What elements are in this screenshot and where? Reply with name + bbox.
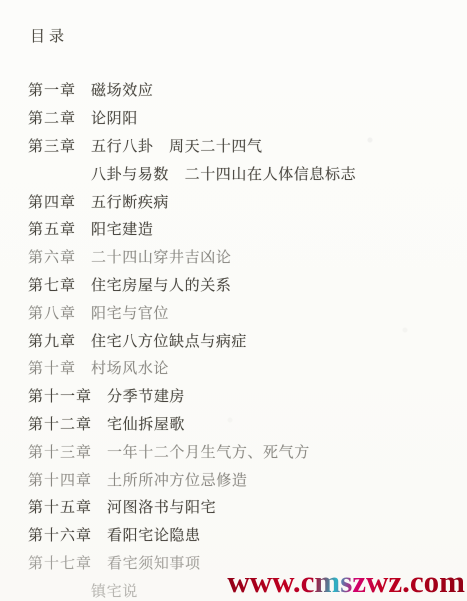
toc-entry: 第八章 阳宅与官位 <box>28 298 459 326</box>
chapter-number: 第八章 <box>28 302 76 323</box>
chapter-number: 第九章 <box>28 330 76 351</box>
toc-entry: 第十二章 宅仙拆屋歌 <box>28 410 459 438</box>
toc-entry: 第十四章 土所所冲方位忌修造 <box>28 465 459 493</box>
page-title: 目录 <box>30 25 68 46</box>
toc-entry: 第十五章 河图洛书与阳宅 <box>28 493 459 521</box>
toc-entry: 第一章 磁场效应 <box>28 76 459 104</box>
chapter-title: 宅仙拆屋歌 <box>107 413 185 434</box>
toc-entry: 第五章 阳宅建造 <box>28 215 459 243</box>
chapter-title: 论阴阳 <box>91 107 138 128</box>
toc-entry: 第十三章 一年十二个月生气方、死气方 <box>28 437 459 465</box>
chapter-number: 第二章 <box>28 107 76 128</box>
chapter-number: 第七章 <box>28 274 76 295</box>
chapter-number: 第十四章 <box>28 469 92 490</box>
chapter-title: 八卦与易数 二十四山在人体信息标志 <box>91 163 356 184</box>
toc-entry: 第六章 二十四山穿井吉凶论 <box>28 243 459 271</box>
chapter-number: 第四章 <box>28 191 76 212</box>
toc-entry: 第十章 村场风水论 <box>28 354 459 382</box>
toc-entry: 第二章 论阴阳 <box>28 104 459 132</box>
chapter-number: 第十六章 <box>28 524 92 545</box>
chapter-number: 第十章 <box>28 357 76 378</box>
chapter-title: 镇宅说 <box>91 580 138 601</box>
chapter-title: 看宅须知事项 <box>107 552 201 573</box>
chapter-title: 五行断疾病 <box>91 191 169 212</box>
chapter-number: 第十一章 <box>28 385 92 406</box>
chapter-title: 河图洛书与阳宅 <box>107 496 216 517</box>
toc-entry-continuation: 八卦与易数 二十四山在人体信息标志 <box>28 159 459 187</box>
chapter-title: 一年十二个月生气方、死气方 <box>107 441 310 462</box>
scanned-toc-page: 目录 第一章 磁场效应 第二章 论阴阳 第三章 五行八卦 周天二十四气 八卦与易… <box>0 0 467 601</box>
chapter-number: 第三章 <box>28 135 76 156</box>
chapter-title: 分季节建房 <box>107 385 185 406</box>
chapter-title: 住宅房屋与人的关系 <box>91 274 231 295</box>
chapter-title: 阳宅与官位 <box>91 302 169 323</box>
chapter-number: 第十二章 <box>28 413 92 434</box>
toc-entry: 第十一章 分季节建房 <box>28 382 459 410</box>
toc-entry: 第三章 五行八卦 周天二十四气 <box>28 132 459 160</box>
chapter-title: 五行八卦 周天二十四气 <box>91 135 263 156</box>
chapter-title: 土所所冲方位忌修造 <box>107 469 247 490</box>
chapter-title: 村场风水论 <box>91 357 169 378</box>
chapter-title: 阳宅建造 <box>91 218 153 239</box>
chapter-number: 第十三章 <box>28 441 92 462</box>
chapter-number: 第一章 <box>28 79 76 100</box>
chapter-number: 第十五章 <box>28 496 92 517</box>
chapter-title: 看阳宅论隐患 <box>107 524 201 545</box>
website-watermark: www.cmszwz.com <box>227 566 465 597</box>
toc-entry: 第七章 住宅房屋与人的关系 <box>28 271 459 299</box>
chapter-number: 第六章 <box>28 246 76 267</box>
toc-entry: 第十六章 看阳宅论隐患 <box>28 521 459 549</box>
chapter-title: 住宅八方位缺点与病症 <box>91 330 247 351</box>
chapter-title: 磁场效应 <box>91 79 153 100</box>
toc-entry: 第九章 住宅八方位缺点与病症 <box>28 326 459 354</box>
toc-entry: 第四章 五行断疾病 <box>28 187 459 215</box>
chapter-number: 第十七章 <box>28 552 92 573</box>
toc-list: 第一章 磁场效应 第二章 论阴阳 第三章 五行八卦 周天二十四气 八卦与易数 二… <box>28 76 459 601</box>
chapter-title: 二十四山穿井吉凶论 <box>91 246 231 267</box>
chapter-number: 第五章 <box>28 218 76 239</box>
